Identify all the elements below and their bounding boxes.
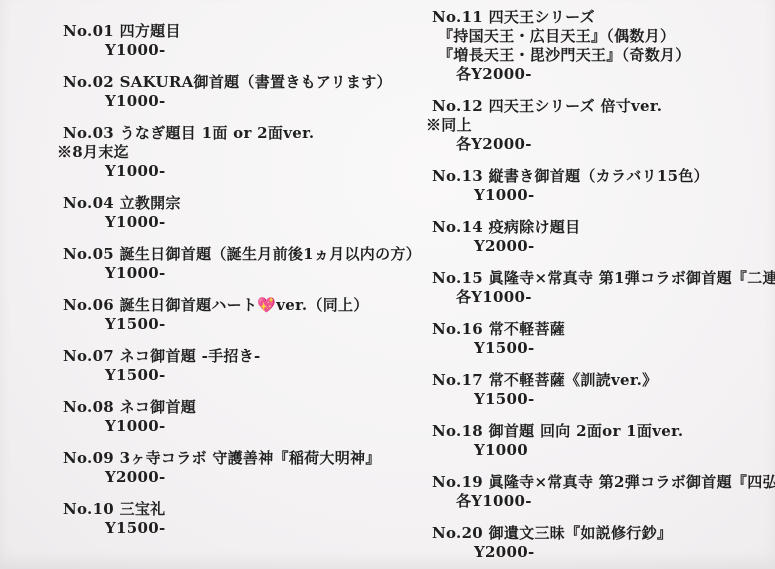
list-item: No.14 疫病除け題目Y2000-: [432, 218, 772, 256]
item-line: No.06 誕生日御首題ハート💖ver.（同上）: [63, 296, 423, 315]
item-price: Y1500-: [63, 315, 423, 334]
price-list-column-right: No.11 四天王シリーズ『持国天王・広目天王』（偶数月）『増長天王・毘沙門天王…: [432, 8, 772, 569]
item-line: 『増長天王・毘沙門天王』（奇数月）: [438, 46, 772, 65]
list-item: No.07 ネコ御首題 -手招き-Y1500-: [63, 347, 423, 385]
item-price: Y2000-: [432, 543, 772, 562]
item-price: 各Y2000-: [432, 135, 772, 154]
item-line: No.16 常不軽菩薩: [432, 320, 772, 339]
item-line: No.09 3ヶ寺コラボ 守護善神『稲荷大明神』: [63, 449, 423, 468]
item-price: Y2000-: [432, 237, 772, 256]
item-price: Y1000: [432, 441, 772, 460]
item-price: Y1000-: [63, 417, 423, 436]
item-line: No.12 四天王シリーズ 倍寸ver.: [432, 97, 772, 116]
list-item: No.02 SAKURA御首題（書置きもアリます）Y1000-: [63, 73, 423, 111]
item-price: Y1500-: [63, 519, 423, 538]
item-price: Y1000-: [63, 162, 423, 181]
price-list-column-left: No.01 四方題目Y1000-No.02 SAKURA御首題（書置きもアリます…: [63, 22, 423, 551]
item-line: 『持国天王・広目天王』（偶数月）: [438, 27, 772, 46]
list-item: No.06 誕生日御首題ハート💖ver.（同上）Y1500-: [63, 296, 423, 334]
item-line: No.18 御首題 回向 2面or 1面ver.: [432, 422, 772, 441]
item-line: No.03 うなぎ題目 1面 or 2面ver.: [63, 124, 423, 143]
list-item: No.13 縦書き御首題（カラバリ15色）Y1000-: [432, 167, 772, 205]
item-line: No.13 縦書き御首題（カラバリ15色）: [432, 167, 772, 186]
item-price: Y1500-: [432, 339, 772, 358]
list-item: No.15 眞隆寺×常真寺 第1弾コラボ御首題『二連題目』各Y1000-: [432, 269, 772, 307]
list-item: No.12 四天王シリーズ 倍寸ver.※同上各Y2000-: [432, 97, 772, 154]
goshuin-price-list-page: No.01 四方題目Y1000-No.02 SAKURA御首題（書置きもアリます…: [0, 0, 775, 569]
list-item: No.17 常不軽菩薩《訓読ver.》Y1500-: [432, 371, 772, 409]
item-price: Y1000-: [63, 41, 423, 60]
item-price: Y1500-: [63, 366, 423, 385]
item-line: No.04 立教開宗: [63, 194, 423, 213]
item-price: Y1000-: [63, 264, 423, 283]
item-line: No.07 ネコ御首題 -手招き-: [63, 347, 423, 366]
item-price: Y1000-: [63, 213, 423, 232]
item-line: No.19 眞隆寺×常真寺 第2弾コラボ御首題『四弘誓願』: [432, 473, 772, 492]
list-item: No.18 御首題 回向 2面or 1面ver.Y1000: [432, 422, 772, 460]
item-line: No.14 疫病除け題目: [432, 218, 772, 237]
item-price: Y1000-: [63, 92, 423, 111]
item-price: Y2000-: [63, 468, 423, 487]
item-line: No.10 三宝礼: [63, 500, 423, 519]
item-line: No.05 誕生日御首題（誕生月前後1ヵ月以内の方）: [63, 245, 423, 264]
item-line: No.20 御遺文三昧『如説修行鈔』: [432, 524, 772, 543]
list-item: No.20 御遺文三昧『如説修行鈔』Y2000-: [432, 524, 772, 562]
list-item: No.01 四方題目Y1000-: [63, 22, 423, 60]
list-item: No.10 三宝礼Y1500-: [63, 500, 423, 538]
list-item: No.16 常不軽菩薩Y1500-: [432, 320, 772, 358]
item-line: No.15 眞隆寺×常真寺 第1弾コラボ御首題『二連題目』: [432, 269, 772, 288]
item-line: No.17 常不軽菩薩《訓読ver.》: [432, 371, 772, 390]
list-item: No.05 誕生日御首題（誕生月前後1ヵ月以内の方）Y1000-: [63, 245, 423, 283]
item-line: ※同上: [426, 116, 772, 135]
item-line: No.11 四天王シリーズ: [432, 8, 772, 27]
item-price: 各Y2000-: [432, 65, 772, 84]
item-line: No.01 四方題目: [63, 22, 423, 41]
item-line: No.02 SAKURA御首題（書置きもアリます）: [63, 73, 423, 92]
list-item: No.03 うなぎ題目 1面 or 2面ver.※8月末迄Y1000-: [63, 124, 423, 181]
list-item: No.04 立教開宗Y1000-: [63, 194, 423, 232]
item-price: Y1000-: [432, 186, 772, 205]
list-item: No.19 眞隆寺×常真寺 第2弾コラボ御首題『四弘誓願』各Y1000-: [432, 473, 772, 511]
item-price: Y1500-: [432, 390, 772, 409]
item-line: ※8月末迄: [57, 143, 423, 162]
item-line: No.08 ネコ御首題: [63, 398, 423, 417]
list-item: No.09 3ヶ寺コラボ 守護善神『稲荷大明神』Y2000-: [63, 449, 423, 487]
list-item: No.08 ネコ御首題Y1000-: [63, 398, 423, 436]
item-price: 各Y1000-: [432, 492, 772, 511]
item-price: 各Y1000-: [432, 288, 772, 307]
list-item: No.11 四天王シリーズ『持国天王・広目天王』（偶数月）『増長天王・毘沙門天王…: [432, 8, 772, 84]
